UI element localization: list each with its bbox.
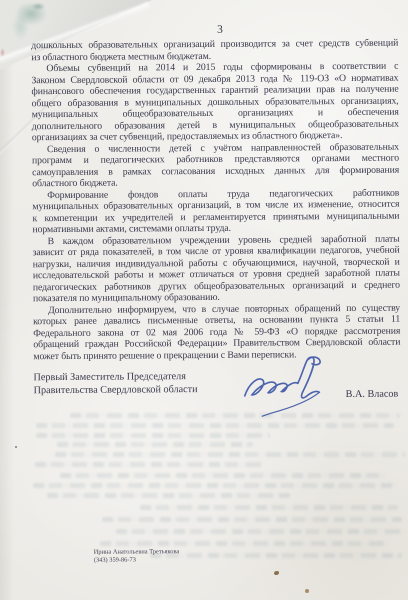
signer-title: Первый Заместитель Председателя Правител…	[33, 371, 197, 398]
paragraph: Объемы субвенций на 2014 и 2015 годы сфо…	[31, 61, 399, 144]
signer-title-line: Первый Заместитель Председателя	[33, 371, 197, 385]
executor-contact: Ирина Анатольевна Третьякова (343) 359-8…	[94, 548, 180, 565]
executor-phone: (343) 359-86-73	[94, 557, 180, 566]
paragraph: Сведения о численности детей с учётом на…	[32, 141, 399, 190]
paragraph: Формирование фондов оплаты труда педагог…	[32, 187, 399, 236]
executor-name: Ирина Анатольевна Третьякова	[94, 548, 180, 557]
signer-title-line: Правительства Свердловской области	[34, 384, 198, 398]
scanned-letter-page: 3 дошкольных образовательных организаций…	[0, 0, 408, 600]
document-body: дошкольных образовательных организаций п…	[31, 38, 400, 363]
text-line: может быть принято решение о прекращении…	[33, 348, 400, 362]
letter-content: 3 дошкольных образовательных организаций…	[0, 0, 408, 600]
signer-name: В.А. Власов	[346, 389, 399, 400]
paragraph: В каждом образовательном учреждении уров…	[33, 233, 400, 305]
signature-ink	[240, 353, 332, 422]
page-number: 3	[217, 24, 223, 36]
paragraph: Дополнительно информируем, что в случае …	[33, 302, 400, 362]
paragraph: дошкольных образовательных организаций п…	[31, 38, 398, 64]
